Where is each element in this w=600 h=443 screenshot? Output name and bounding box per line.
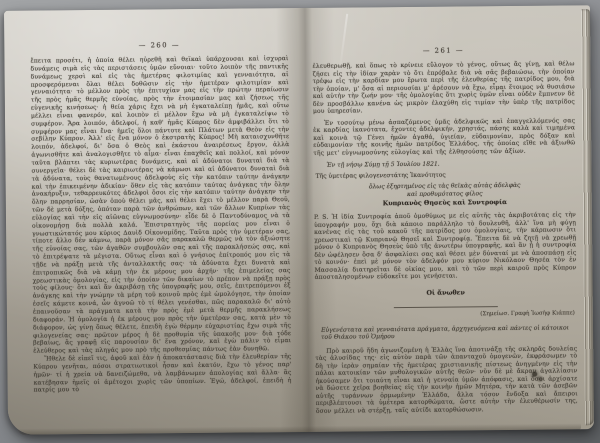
stacked-page-edges bbox=[581, 9, 594, 425]
letter-salutation: Τῆς ὑμετέρας φιλογενεστάτης Ἱκανότητος bbox=[316, 170, 576, 179]
section-divider-rule bbox=[394, 306, 498, 308]
letter-signature: Κυπριανὸς Θησεὺς καὶ Συντροφία bbox=[314, 199, 576, 209]
postscript-paragraph: P. S. Ἡ ἰδία Συντροφία ἀποῦ ὁμοθύμως με … bbox=[314, 212, 577, 282]
next-document-heading: Εὐγενέστατα καὶ γενναιότατα πράγματα, ἀρ… bbox=[321, 324, 577, 342]
attestation-label: Οἱ ἄνωθεν bbox=[315, 288, 577, 298]
right-page-number: — 261 — bbox=[312, 45, 574, 56]
left-page-paragraph: Ἤθελε δὲ εἰπεῖ τις, ἀφοῦ καὶ ἐὰν ἡ ἀποκα… bbox=[33, 353, 291, 395]
right-page: — 261 — ἐλευθερωθῇ, καὶ ὅπως τὸ κρίνειε … bbox=[312, 45, 578, 425]
left-page-number: — 260 — bbox=[30, 40, 288, 50]
book-photo-background: — 260 — ἔπειτα προσέτι, ἡ ὁποία θέλει ηὑ… bbox=[0, 0, 600, 443]
letter-valediction-line-2: καὶ προθυμότατος φίλος bbox=[314, 189, 576, 199]
scribe-note: (Σημείωσ. Γραφὴ Ἰωσὴφ Κιάππε) bbox=[315, 310, 575, 318]
book-bottom-edge-shadow bbox=[18, 423, 581, 434]
letter-dateline: Ἐν τῇ νήσῳ Σύμῃ τῇ 5 Ἰουλίου 1821. bbox=[326, 159, 575, 168]
left-page-paragraph: ἔπειτα προσέτι, ἡ ὁποία θέλει ηὑρεθῆ καὶ… bbox=[30, 55, 291, 356]
left-page: — 260 — ἔπειτα προσέτι, ἡ ὁποία θέλει ηὑ… bbox=[30, 40, 292, 414]
right-page-paragraph: Ἐν τοσούτῳ μένω ἀσπαζόμενος ὑμᾶς ἀδελφικ… bbox=[313, 117, 575, 157]
open-book: — 260 — ἔπειτα προσέτι, ἡ ὁποία θέλει ηὑ… bbox=[4, 5, 594, 435]
right-page-paragraph: ἐλευθερωθῇ, καὶ ὅπως τὸ κρίνειε εὔλογον … bbox=[312, 60, 574, 115]
right-page-paragraph: Πρὸ καιροῦ ἤδη ἀγωνιζομένη ἡ Ἑλλὰς ἵνα ἀ… bbox=[315, 345, 578, 415]
